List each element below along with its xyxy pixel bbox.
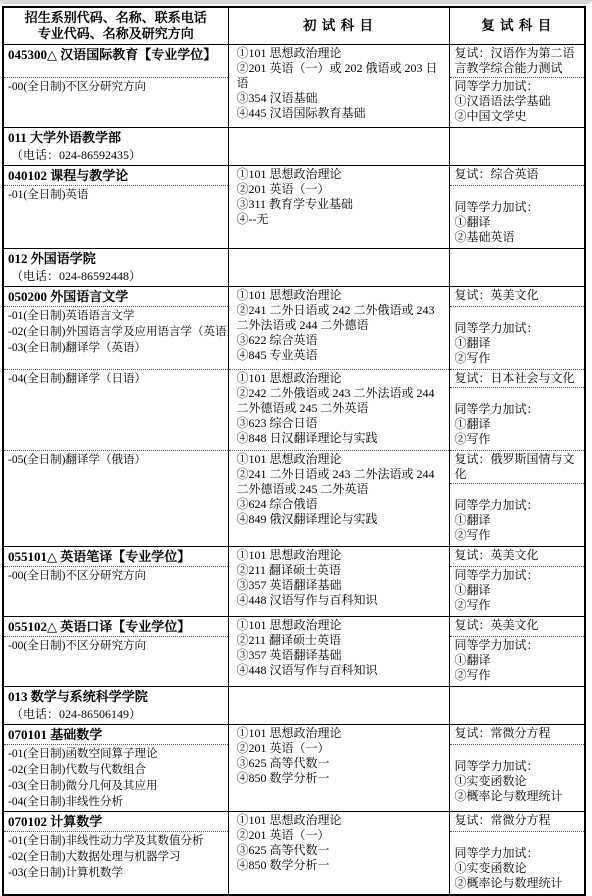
direction-item: -01(全日制)非线性动力学及其数值分析 (8, 833, 224, 849)
equivalency-subject-item: ②中国文学史 (455, 109, 581, 124)
equivalency-cell: 同等学力加试：①翻译②写作 (449, 307, 585, 370)
retest-label: 复试：英美文化 (455, 618, 581, 633)
initial-subject-item: ③625 高等代数一 (235, 756, 445, 771)
program-title: 070101 基础数学 (3, 725, 228, 745)
department-title: 011 大学外语教学部 (8, 129, 224, 147)
retest-label: 复试：常微分方程 (455, 726, 581, 741)
direction-item: -01(全日制)函数空间算子理论 (8, 746, 224, 762)
program-title: 055102△ 英语口译【专业学位】 (3, 617, 228, 637)
initial-subject-item: ③357 英语翻译基础 (235, 578, 445, 593)
table-body: 045300△ 汉语国际教育【专业学位】①101 思想政治理论②201 英语（一… (3, 45, 585, 896)
initial-subject-item: ④848 日汉翻译理论与实践 (235, 431, 445, 446)
initial-subject-item: ②201 英语（一）或 202 俄语或 203 日语 (235, 61, 445, 91)
initial-subject-item: ①101 思想政治理论 (235, 452, 445, 467)
equivalency-cell: 同等学力加试：①翻译②写作 (449, 567, 585, 617)
initial-subject-item: ①101 思想政治理论 (235, 813, 445, 828)
equivalency-label: 同等学力加试： (455, 846, 581, 861)
initial-subject-item: ①101 思想政治理论 (235, 288, 445, 303)
program-directions-cell: -01(全日制)英语语言文学-02(全日制)外国语言学及应用语言学（英语）-03… (3, 307, 228, 370)
equivalency-subject-item: ②概率论与数理统计 (455, 876, 581, 891)
initial-subject-item: ②241 二外日语或 242 二外俄语或 243 二外法语或 244 二外德语 (235, 303, 445, 333)
direction-item: -03(全日制)微分几何及其应用 (8, 778, 224, 794)
equivalency-subject-item: ①翻译 (455, 215, 581, 230)
header-dept-major-column: 招生系别代码、名称、联系电话 专业代码、名称及研究方向 (3, 7, 228, 45)
equivalency-subject-item: ①翻译 (455, 513, 581, 528)
department-phone: （电话：024-86506149） (8, 706, 224, 723)
initial-subject-item: ③623 综合日语 (235, 416, 445, 431)
department-title: 013 数学与系统科学学院 (8, 688, 224, 706)
empty-initial-cell (228, 128, 449, 166)
program-row-top: 050200 外国语言文学①101 思想政治理论②241 二外日语或 242 二… (3, 287, 585, 307)
header-retest-subjects: 复 试 科 目 (449, 7, 585, 45)
program-directions-cell: -01(全日制)函数空间算子理论-02(全日制)代数与代数组合-03(全日制)微… (3, 745, 228, 812)
program-directions-cell: -01(全日制)英语 (3, 186, 228, 249)
initial-subject-item: ④448 汉语写作与百科知识 (235, 663, 445, 678)
equivalency-subject-item: ①翻译 (455, 583, 581, 598)
equivalency-subject-item: ②基础英语 (455, 230, 581, 245)
equivalency-label: 同等学力加试： (455, 200, 581, 215)
initial-subject-item: ③624 综合俄语 (235, 497, 445, 512)
initial-subject-item: ④849 俄汉翻译理论与实践 (235, 512, 445, 527)
initial-subject-item: ②201 英语（一） (235, 828, 445, 843)
direction-item: -03(全日制)翻译学（英语） (8, 340, 224, 356)
equivalency-subject-item: ①实变函数论 (455, 861, 581, 876)
initial-subjects-cell: ①101 思想政治理论②211 翻译硕士英语③357 英语翻译基础④448 汉语… (228, 547, 449, 617)
initial-subject-item: ①101 思想政治理论 (235, 46, 445, 61)
program-row-top: 070101 基础数学①101 思想政治理论②201 英语（一）③625 高等代… (3, 725, 585, 745)
initial-subject-item: ④448 汉语写作与百科知识 (235, 593, 445, 608)
retest-cell: 复试：常微分方程 (449, 725, 585, 745)
initial-subject-item: ④--无 (235, 212, 445, 227)
initial-subject-item: ③622 综合英语 (235, 333, 445, 348)
initial-subjects-cell: ①101 思想政治理论②242 二外俄语或 243 二外法语或 244 二外德语… (228, 370, 449, 451)
direction-item: -04(全日制)非线性分析 (8, 794, 224, 810)
initial-subject-item: ②201 英语（一） (235, 741, 445, 756)
admissions-exam-table: 招生系别代码、名称、联系电话 专业代码、名称及研究方向 初 试 科 目 复 试 … (2, 6, 586, 896)
retest-label: 复试：俄罗斯国情与文化 (455, 452, 581, 482)
program-row-top: -05(全日制)翻译学（俄语）①101 思想政治理论②241 二外日语或 243… (3, 451, 585, 484)
retest-label: 复试：常微分方程 (455, 813, 581, 828)
equivalency-label: 同等学力加试： (455, 498, 581, 513)
direction-item: -02(全日制)外国语言学及应用语言学（英语） (8, 324, 224, 340)
initial-subject-item: ②201 英语（一） (235, 182, 445, 197)
equivalency-subject-item: ②写作 (455, 598, 581, 613)
initial-subject-item: ②242 二外俄语或 243 二外法语或 244 二外德语或 245 二外英语 (235, 386, 445, 416)
program-title: 040102 课程与教学论 (3, 166, 228, 186)
initial-subject-item: ④845 专业英语 (235, 348, 445, 363)
department-row: 011 大学外语教学部（电话：024-86592435） (3, 128, 585, 166)
initial-subject-item: ①101 思想政治理论 (235, 371, 445, 386)
program-row-top: 055101△ 英语笔译【专业学位】①101 思想政治理论②211 翻译硕士英语… (3, 547, 585, 567)
initial-subject-item: ②211 翻译硕士英语 (235, 633, 445, 648)
program-row-top: -04(全日制)翻译学（日语）①101 思想政治理论②242 二外俄语或 243… (3, 370, 585, 388)
equivalency-subject-item: ①翻译 (455, 417, 581, 432)
equivalency-label: 同等学力加试： (455, 638, 581, 653)
direction-item: -00(全日制)不区分研究方向 (8, 79, 224, 95)
initial-subjects-cell: ①101 思想政治理论②211 翻译硕士英语③357 英语翻译基础④448 汉语… (228, 617, 449, 687)
retest-label: 复试：日本社会与文化 (455, 371, 581, 386)
direction-item: -02(全日制)大数据处理与机器学习 (8, 849, 224, 865)
equivalency-cell: 同等学力加试：①实变函数论②概率论与数理统计 (449, 832, 585, 896)
empty-retest-cell (449, 249, 585, 287)
initial-subjects-cell: ①101 思想政治理论②201 英语（一）③311 教育学专业基础④--无 (228, 166, 449, 249)
initial-subject-item: ①101 思想政治理论 (235, 726, 445, 741)
header-dept-line: 招生系别代码、名称、联系电话 (6, 10, 226, 26)
empty-retest-cell (449, 128, 585, 166)
equivalency-subject-item: ①翻译 (455, 336, 581, 351)
retest-cell: 复试：常微分方程 (449, 812, 585, 832)
header-initial-subjects: 初 试 科 目 (228, 7, 449, 45)
initial-subjects-cell: ①101 思想政治理论②201 英语（一）或 202 俄语或 203 日语③35… (228, 45, 449, 128)
program-directions-cell: -00(全日制)不区分研究方向 (3, 78, 228, 128)
program-title: 070102 计算数学 (3, 812, 228, 832)
retest-label: 复试：汉语作为第二语言教学综合能力测试 (455, 46, 581, 76)
direction-item: -01(全日制)英语 (8, 187, 224, 203)
initial-subject-item: ②211 翻译硕士英语 (235, 563, 445, 578)
table-header-row: 招生系别代码、名称、联系电话 专业代码、名称及研究方向 初 试 科 目 复 试 … (3, 7, 585, 45)
initial-subjects-cell: ①101 思想政治理论②241 二外日语或 243 二外法语或 244 二外德语… (228, 451, 449, 547)
initial-subject-item: ④850 数学分析一 (235, 771, 445, 786)
empty-initial-cell (228, 687, 449, 725)
retest-cell: 复试：俄罗斯国情与文化 (449, 451, 585, 484)
equivalency-label: 同等学力加试： (455, 759, 581, 774)
program-directions-cell: -05(全日制)翻译学（俄语） (3, 451, 228, 547)
program-title: 055101△ 英语笔译【专业学位】 (3, 547, 228, 567)
header-major-line: 专业代码、名称及研究方向 (6, 26, 226, 42)
direction-item: -05(全日制)翻译学（俄语） (8, 452, 224, 468)
initial-subject-item: ④445 汉语国际教育基础 (235, 106, 445, 121)
department-cell: 011 大学外语教学部（电话：024-86592435） (3, 128, 228, 166)
page-top-edge (0, 0, 592, 4)
initial-subject-item: ④850 数学分析一 (235, 858, 445, 873)
department-row: 012 外国语学院（电话：024-86592448） (3, 249, 585, 287)
initial-subject-item: ①101 思想政治理论 (235, 548, 445, 563)
initial-subjects-cell: ①101 思想政治理论②201 英语（一）③625 高等代数一④850 数学分析… (228, 812, 449, 896)
equivalency-subject-item: ②写作 (455, 668, 581, 683)
initial-subjects-cell: ①101 思想政治理论②241 二外日语或 242 二外俄语或 243 二外法语… (228, 287, 449, 370)
equivalency-cell: 同等学力加试：①翻译②写作 (449, 637, 585, 687)
initial-subject-item: ③357 英语翻译基础 (235, 648, 445, 663)
equivalency-subject-item: ①实变函数论 (455, 774, 581, 789)
equivalency-subject-item: ②写作 (455, 432, 581, 447)
empty-initial-cell (228, 249, 449, 287)
direction-item: -04(全日制)翻译学（日语） (8, 371, 224, 387)
direction-item: -02(全日制)代数与代数组合 (8, 762, 224, 778)
empty-retest-cell (449, 687, 585, 725)
equivalency-cell: 同等学力加试：①翻译②写作 (449, 388, 585, 451)
program-title: 045300△ 汉语国际教育【专业学位】 (3, 45, 228, 78)
direction-item: -03(全日制)计算机数学 (8, 865, 224, 881)
retest-cell: 复试：英美文化 (449, 547, 585, 567)
retest-label: 复试：英美文化 (455, 288, 581, 303)
equivalency-label: 同等学力加试： (455, 568, 581, 583)
department-phone: （电话：024-86592448） (8, 268, 224, 285)
retest-cell: 复试：综合英语 (449, 166, 585, 186)
equivalency-cell: 同等学力加试：①汉语语法学基础②中国文学史 (449, 78, 585, 128)
program-title: 050200 外国语言文学 (3, 287, 228, 307)
initial-subjects-cell: ①101 思想政治理论②201 英语（一）③625 高等代数一④850 数学分析… (228, 725, 449, 812)
equivalency-label: 同等学力加试： (455, 402, 581, 417)
direction-item: -00(全日制)不区分研究方向 (8, 568, 224, 584)
department-phone: （电话：024-86592435） (8, 147, 224, 164)
equivalency-cell: 同等学力加试：①翻译②写作 (449, 484, 585, 547)
department-cell: 013 数学与系统科学学院（电话：024-86506149） (3, 687, 228, 725)
program-row-top: 055102△ 英语口译【专业学位】①101 思想政治理论②211 翻译硕士英语… (3, 617, 585, 637)
program-row-top: 045300△ 汉语国际教育【专业学位】①101 思想政治理论②201 英语（一… (3, 45, 585, 78)
program-row-top: 040102 课程与教学论①101 思想政治理论②201 英语（一）③311 教… (3, 166, 585, 186)
department-row: 013 数学与系统科学学院（电话：024-86506149） (3, 687, 585, 725)
equivalency-label: 同等学力加试： (455, 79, 581, 94)
equivalency-cell: 同等学力加试：①翻译②基础英语 (449, 186, 585, 249)
direction-item: -00(全日制)不区分研究方向 (8, 638, 224, 654)
equivalency-cell: 同等学力加试：①实变函数论②概率论与数理统计 (449, 745, 585, 812)
initial-subject-item: ③625 高等代数一 (235, 843, 445, 858)
program-directions-cell: -00(全日制)不区分研究方向 (3, 567, 228, 617)
equivalency-subject-item: ②写作 (455, 528, 581, 543)
initial-subject-item: ①101 思想政治理论 (235, 618, 445, 633)
department-cell: 012 外国语学院（电话：024-86592448） (3, 249, 228, 287)
program-directions-cell: -04(全日制)翻译学（日语） (3, 370, 228, 451)
department-title: 012 外国语学院 (8, 250, 224, 268)
table-header: 招生系别代码、名称、联系电话 专业代码、名称及研究方向 初 试 科 目 复 试 … (3, 7, 585, 45)
equivalency-subject-item: ①翻译 (455, 653, 581, 668)
retest-label: 复试：英美文化 (455, 548, 581, 563)
equivalency-subject-item: ②写作 (455, 351, 581, 366)
retest-cell: 复试：汉语作为第二语言教学综合能力测试 (449, 45, 585, 78)
retest-label: 复试：综合英语 (455, 167, 581, 182)
equivalency-label: 同等学力加试： (455, 321, 581, 336)
equivalency-subject-item: ①汉语语法学基础 (455, 94, 581, 109)
retest-cell: 复试：日本社会与文化 (449, 370, 585, 388)
initial-subject-item: ①101 思想政治理论 (235, 167, 445, 182)
program-directions-cell: -00(全日制)不区分研究方向 (3, 637, 228, 687)
initial-subject-item: ③311 教育学专业基础 (235, 197, 445, 212)
retest-cell: 复试：英美文化 (449, 287, 585, 307)
initial-subject-item: ②241 二外日语或 243 二外法语或 244 二外德语或 245 二外英语 (235, 467, 445, 497)
direction-item: -01(全日制)英语语言文学 (8, 308, 224, 324)
program-directions-cell: -01(全日制)非线性动力学及其数值分析-02(全日制)大数据处理与机器学习-0… (3, 832, 228, 896)
initial-subject-item: ③354 汉语基础 (235, 91, 445, 106)
equivalency-subject-item: ②概率论与数理统计 (455, 789, 581, 804)
retest-cell: 复试：英美文化 (449, 617, 585, 637)
